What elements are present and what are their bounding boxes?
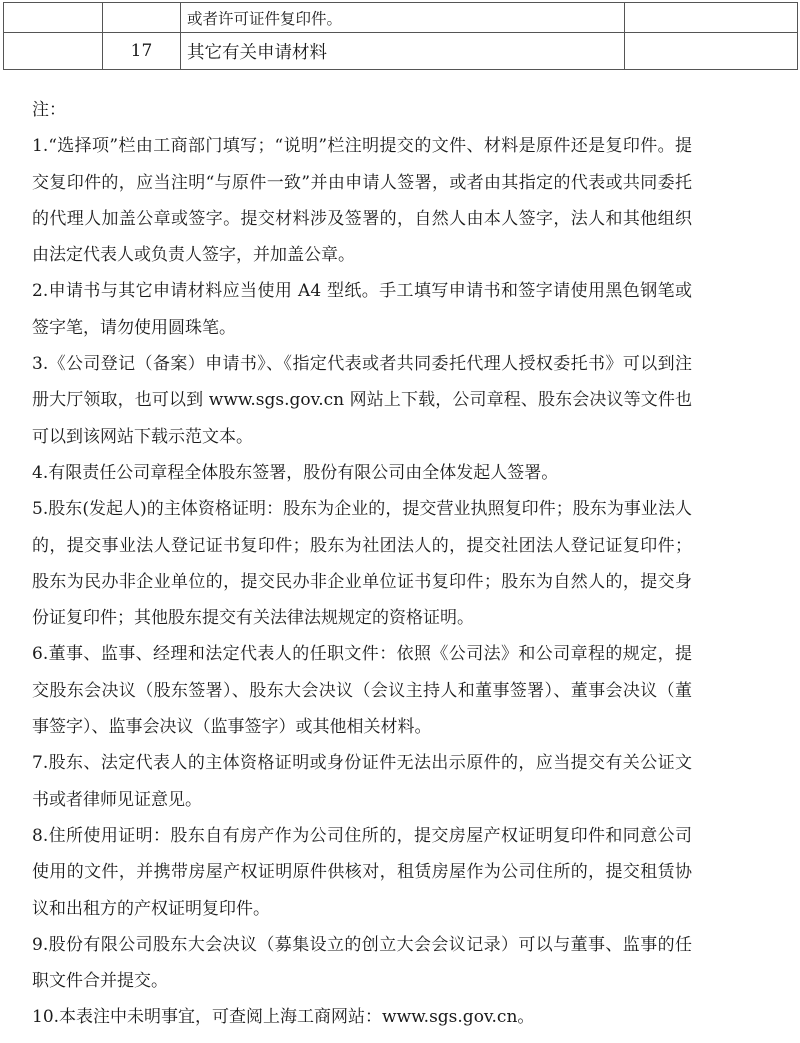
note-item-3: 3.《公司登记（备案）申请书》、《指定代表或者共同委托代理人授权委托书》可以到注… bbox=[32, 346, 692, 455]
note-item-8: 8.住所使用证明：股东自有房产作为公司住所的，提交房屋产权证明复印件和同意公司使… bbox=[32, 818, 692, 927]
note-item-4: 4.有限责任公司章程全体股东签署，股份有限公司由全体发起人签署。 bbox=[32, 455, 692, 491]
note-item-7: 7.股东、法定代表人的主体资格证明或身份证件无法出示原件的，应当提交有关公证文书… bbox=[32, 745, 692, 818]
description-cell: 或者许可证件复印件。 bbox=[181, 3, 625, 33]
note-item-1: 1.“选择项”栏由工商部门填写；“说明”栏注明提交的文件、材料是原件还是复印件。… bbox=[32, 128, 692, 273]
number-cell: 17 bbox=[103, 33, 181, 70]
description-cell: 其它有关申请材料 bbox=[181, 33, 625, 70]
note-item-6: 6.董事、监事、经理和法定代表人的任职文件：依照《公司法》和公司章程的规定，提交… bbox=[32, 636, 692, 745]
index-cell bbox=[4, 3, 103, 33]
note-item-5: 5.股东(发起人)的主体资格证明：股东为企业的，提交营业执照复印件；股东为事业法… bbox=[32, 491, 692, 636]
table-row: 17 其它有关申请材料 bbox=[4, 33, 798, 70]
note-item-2: 2.申请书与其它申请材料应当使用 A4 型纸。手工填写申请书和签字请使用黑色钢笔… bbox=[32, 273, 692, 346]
index-cell bbox=[4, 33, 103, 70]
remark-cell bbox=[625, 3, 798, 33]
table-row: 或者许可证件复印件。 bbox=[4, 3, 798, 33]
materials-table: 或者许可证件复印件。 17 其它有关申请材料 bbox=[3, 2, 798, 70]
notes-section: 注： 1.“选择项”栏由工商部门填写；“说明”栏注明提交的文件、材料是原件还是复… bbox=[32, 92, 692, 1036]
number-cell bbox=[103, 3, 181, 33]
note-item-9: 9.股份有限公司股东大会决议（募集设立的创立大会会议记录）可以与董事、监事的任职… bbox=[32, 927, 692, 1000]
note-item-10: 10.本表注中未明事宜，可查阅上海工商网站：www.sgs.gov.cn。 bbox=[32, 999, 692, 1035]
notes-heading: 注： bbox=[32, 92, 692, 128]
remark-cell bbox=[625, 33, 798, 70]
